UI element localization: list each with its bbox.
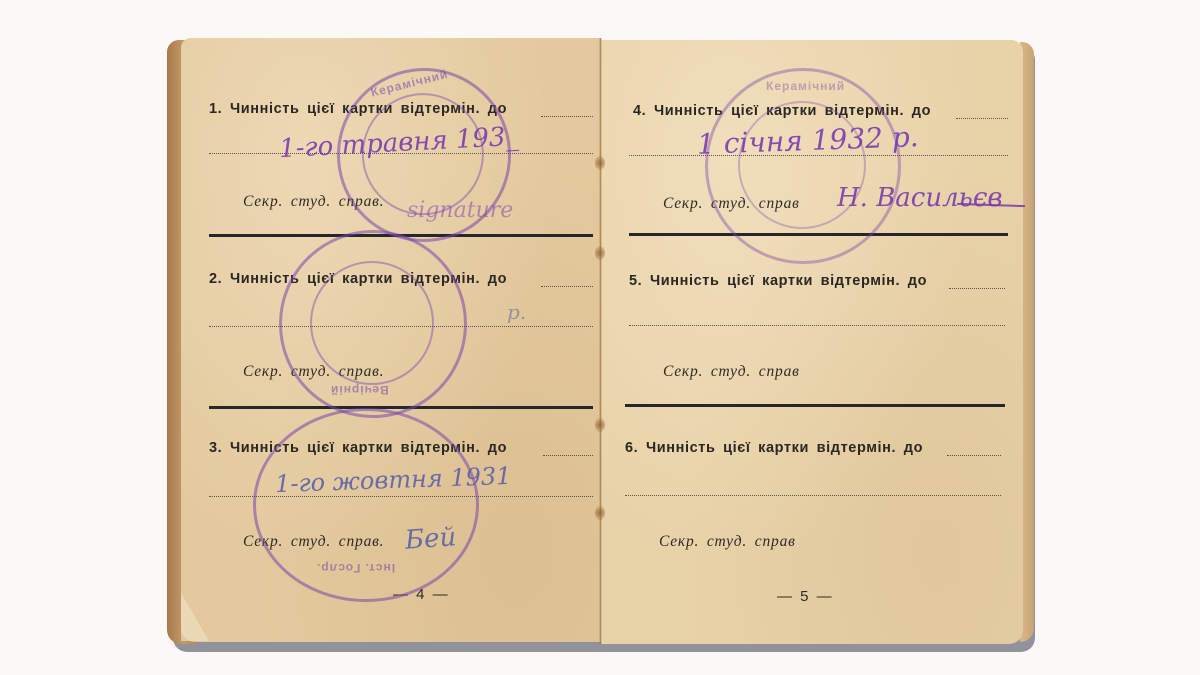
entry-4-label: 4. Чинність цієї картки відтермін. до xyxy=(633,103,931,119)
signature-4: Н. Васильєв xyxy=(837,183,1003,213)
entry-2-secretary-label: Секр. студ. справ. xyxy=(243,363,384,381)
booklet: 1. Чинність цієї картки відтермін. до Се… xyxy=(167,38,1034,650)
binding-thread-mark xyxy=(595,506,605,520)
entry-3-dotted-line-b xyxy=(209,496,593,497)
entry-6-secretary-label: Секр. студ. справ xyxy=(659,533,796,551)
entry-2-label: 2. Чинність цієї картки відтермін. до xyxy=(209,271,507,287)
page-number-left: — 4 — xyxy=(393,586,450,603)
entry-6-dotted-line-a xyxy=(947,455,1001,456)
entry-6-dotted-line-b xyxy=(625,495,1001,496)
binding-thread-mark xyxy=(595,156,605,170)
entry-1-dotted-line-a xyxy=(541,116,593,117)
entry-2-dotted-line-b xyxy=(209,326,593,327)
entry-1-secretary-label: Секр. студ. справ. xyxy=(243,193,384,211)
entry-5-dotted-line-a xyxy=(949,288,1005,289)
entry-1-rule xyxy=(209,234,593,237)
entry-5-rule xyxy=(625,404,1005,407)
entry-1-label: 1. Чинність цієї картки відтермін. до xyxy=(209,101,507,117)
handwritten-date-2: р. xyxy=(507,300,526,324)
entry-3-dotted-line-a xyxy=(543,455,593,456)
signature-3: Бей xyxy=(404,522,457,556)
entry-2-rule xyxy=(209,406,593,409)
entry-3-label: 3. Чинність цієї картки відтермін. до xyxy=(209,440,507,456)
page-number-right: — 5 — xyxy=(777,588,834,605)
entry-2-dotted-line-a xyxy=(541,286,593,287)
binding-thread-mark xyxy=(595,246,605,260)
book-spine-gutter xyxy=(599,38,602,644)
folded-corner xyxy=(181,593,209,641)
entry-4-rule xyxy=(629,233,1008,236)
entry-5-label: 5. Чинність цієї картки відтермін. до xyxy=(629,273,927,289)
entry-5-secretary-label: Секр. студ. справ xyxy=(663,363,800,381)
binding-thread-mark xyxy=(595,418,605,432)
entry-3-secretary-label: Секр. студ. справ. xyxy=(243,533,384,551)
signature-1: signature xyxy=(407,198,513,223)
entry-5-dotted-line-b xyxy=(629,325,1005,326)
entry-4-dotted-line-a xyxy=(956,118,1008,119)
entry-4-secretary-label: Секр. студ. справ xyxy=(663,195,800,213)
entry-6-label: 6. Чинність цієї картки відтермін. до xyxy=(625,440,923,456)
